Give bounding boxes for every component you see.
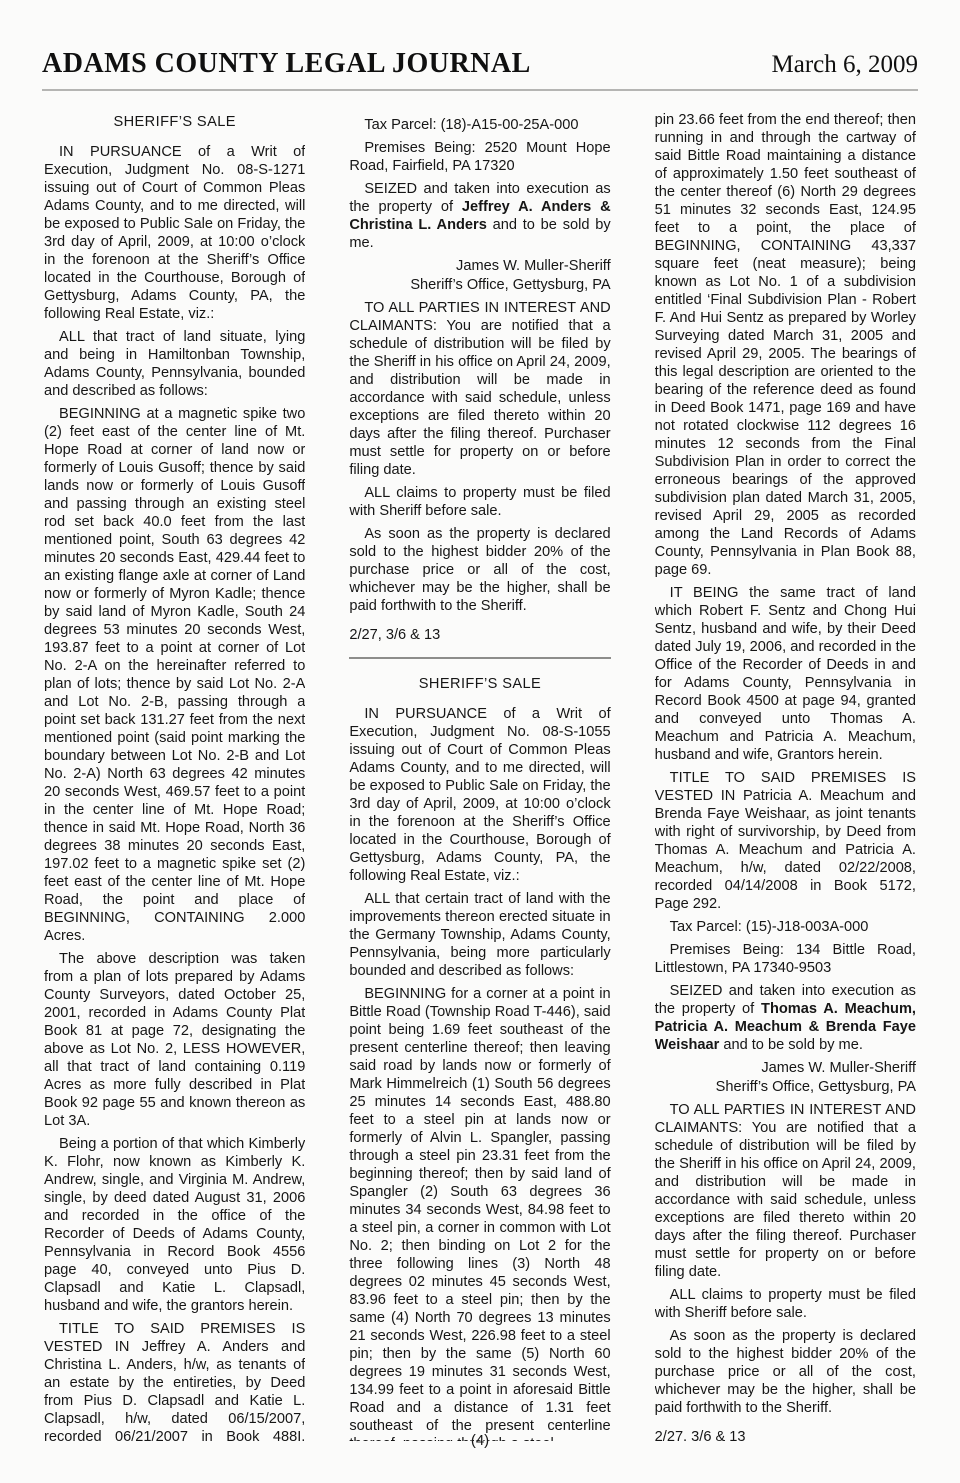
paragraph: As soon as the property is declared sold… bbox=[349, 525, 610, 615]
publication-dates: 2/27, 3/6 & 13 bbox=[349, 626, 610, 644]
masthead: ADAMS COUNTY LEGAL JOURNAL March 6, 2009 bbox=[0, 0, 960, 80]
notice-columns: SHERIFF’S SALEIN PURSUANCE of a Writ of … bbox=[0, 91, 960, 1441]
paragraph: TITLE TO SAID PREMISES IS VESTED IN Patr… bbox=[655, 769, 916, 913]
attribution-line: Sheriff’s Office, Gettysburg, PA bbox=[349, 276, 610, 294]
paragraph: ALL claims to property must be filed wit… bbox=[349, 484, 610, 520]
paragraph: BEGINNING for a corner at a point in Bit… bbox=[349, 985, 610, 1441]
section-divider bbox=[349, 657, 610, 659]
column-2: Tax Parcel: (18)-A15-00-25A-000Premises … bbox=[349, 111, 610, 1441]
paragraph: The above description was taken from a p… bbox=[44, 950, 305, 1130]
column-1: SHERIFF’S SALEIN PURSUANCE of a Writ of … bbox=[44, 111, 305, 1441]
paragraph: TO ALL PARTIES IN INTEREST AND CLAIMANTS… bbox=[655, 1101, 916, 1281]
paragraph: IN PURSUANCE of a Writ of Execution, Jud… bbox=[44, 143, 305, 323]
paragraph: Premises Being: 2520 Mount Hope Road, Fa… bbox=[349, 139, 610, 175]
page-number: (4) bbox=[0, 1432, 960, 1449]
paragraph: Premises Being: 134 Bittle Road, Littles… bbox=[655, 941, 916, 977]
column-3: pin 23.66 feet from the end thereof; the… bbox=[655, 111, 916, 1441]
paragraph: TITLE TO SAID PREMISES IS VESTED IN Jeff… bbox=[44, 1320, 305, 1441]
paragraph: As soon as the property is declared sold… bbox=[655, 1327, 916, 1417]
paragraph: IN PURSUANCE of a Writ of Execution, Jud… bbox=[349, 705, 610, 885]
paragraph: ALL that tract of land situate, lying an… bbox=[44, 328, 305, 400]
paragraph: IT BEING the same tract of land which Ro… bbox=[655, 584, 916, 764]
paragraph: Tax Parcel: (18)-A15-00-25A-000 bbox=[349, 116, 610, 134]
notice-heading: SHERIFF’S SALE bbox=[349, 675, 610, 693]
paragraph-text: and to be sold by me. bbox=[719, 1037, 863, 1053]
paragraph-continued: pin 23.66 feet from the end thereof; the… bbox=[655, 111, 916, 579]
attribution-line: James W. Muller-Sheriff bbox=[655, 1059, 916, 1077]
journal-page: ADAMS COUNTY LEGAL JOURNAL March 6, 2009… bbox=[0, 0, 960, 1483]
paragraph: Being a portion of that which Kimberly K… bbox=[44, 1135, 305, 1315]
paragraph: SEIZED and taken into execution as the p… bbox=[655, 982, 916, 1054]
paragraph: Tax Parcel: (15)-J18-003A-000 bbox=[655, 918, 916, 936]
attribution-line: Sheriff’s Office, Gettysburg, PA bbox=[655, 1078, 916, 1096]
paragraph: BEGINNING at a magnetic spike two (2) fe… bbox=[44, 405, 305, 945]
paragraph: ALL claims to property must be filed wit… bbox=[655, 1286, 916, 1322]
paragraph: SEIZED and taken into execution as the p… bbox=[349, 180, 610, 252]
attribution-line: James W. Muller-Sheriff bbox=[349, 257, 610, 275]
issue-date: March 6, 2009 bbox=[772, 51, 919, 79]
paragraph: ALL that certain tract of land with the … bbox=[349, 890, 610, 980]
page-title: ADAMS COUNTY LEGAL JOURNAL bbox=[42, 48, 531, 80]
notice-heading: SHERIFF’S SALE bbox=[44, 113, 305, 131]
paragraph: TO ALL PARTIES IN INTEREST AND CLAIMANTS… bbox=[349, 299, 610, 479]
